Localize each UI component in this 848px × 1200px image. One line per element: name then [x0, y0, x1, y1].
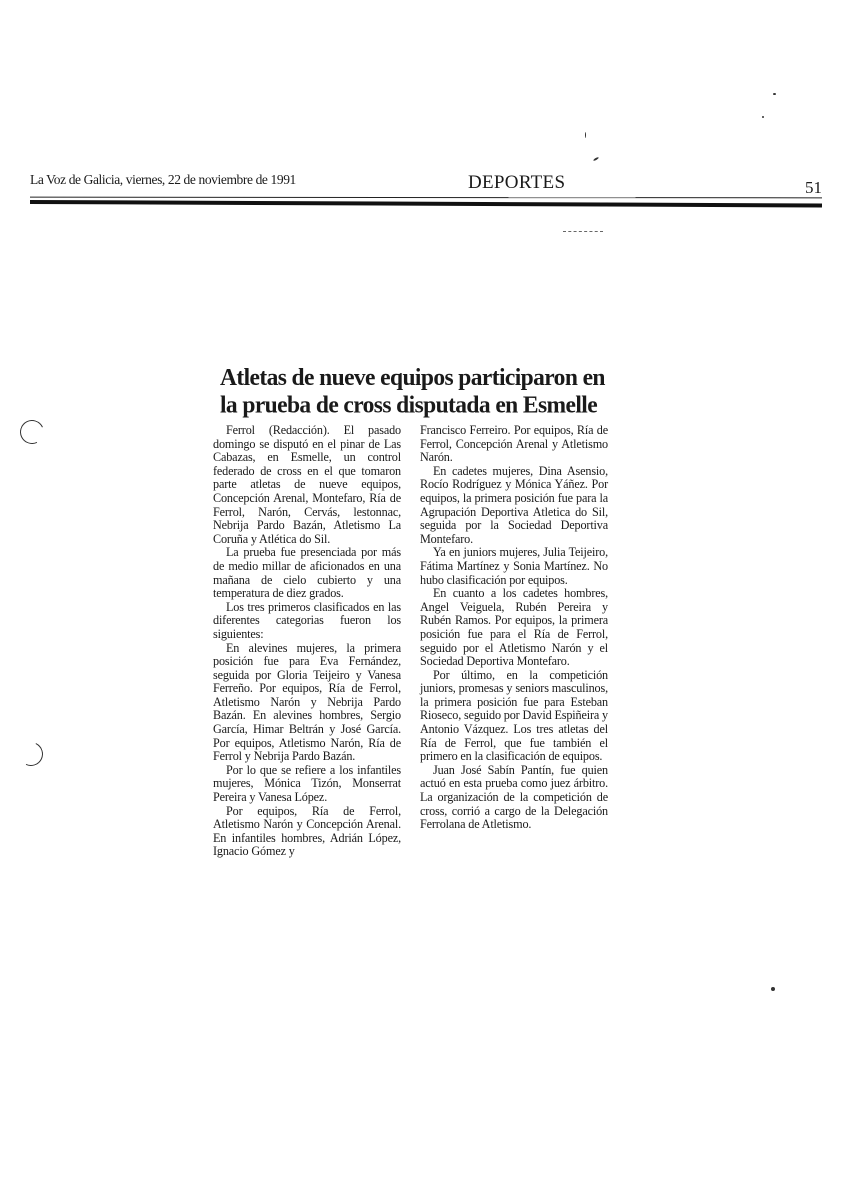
article-column-2: Francisco Ferreiro. Por equipos, Ría de … [420, 424, 608, 832]
article-column-1: Ferrol (Redacción). El pasado domingo se… [213, 424, 401, 859]
page-number: 51 [805, 178, 822, 198]
hole-punch-mark-icon [16, 739, 47, 770]
paragraph: En cadetes mujeres, Dina Asensio, Rocío … [420, 465, 608, 547]
paragraph: En cuanto a los cadetes hombres, Angel V… [420, 587, 608, 669]
paragraph: Ya en juniors mujeres, Julia Teijeiro, F… [420, 546, 608, 587]
paragraph: Juan José Sabín Pantín, fue quien actuó … [420, 764, 608, 832]
scan-speck [593, 157, 599, 162]
paragraph: Los tres primeros clasificados en las di… [213, 601, 401, 642]
header-rule-thick [30, 200, 822, 207]
paragraph-continued: Francisco Ferreiro. Por equipos, Ría de … [420, 424, 608, 465]
scan-speck [585, 132, 586, 138]
paragraph: Por equipos, Ría de Ferrol, Atletismo Na… [213, 805, 401, 859]
scan-artifact-dash [563, 231, 603, 233]
publication-date-line: La Voz de Galicia, viernes, 22 de noviem… [30, 172, 296, 188]
hole-punch-mark-icon [17, 417, 48, 448]
paragraph: Por último, en la competición juniors, p… [420, 669, 608, 764]
scan-speck [762, 116, 764, 118]
paragraph: La prueba fue presenciada por más de med… [213, 546, 401, 600]
headline-line-2: la prueba de cross disputada en Esmelle [220, 391, 620, 418]
header-rule-thin [30, 197, 822, 199]
paragraph: Ferrol (Redacción). El pasado domingo se… [213, 424, 401, 546]
section-title: DEPORTES [468, 172, 565, 194]
paragraph: Por lo que se refiere a los infantiles m… [213, 764, 401, 805]
headline-line-1: Atletas de nueve equipos participaron en [220, 364, 620, 391]
paragraph: En alevines mujeres, la primera posición… [213, 642, 401, 764]
scan-speck [773, 93, 776, 95]
article-headline: Atletas de nueve equipos participaron en… [220, 364, 620, 419]
scan-speck [771, 987, 775, 991]
